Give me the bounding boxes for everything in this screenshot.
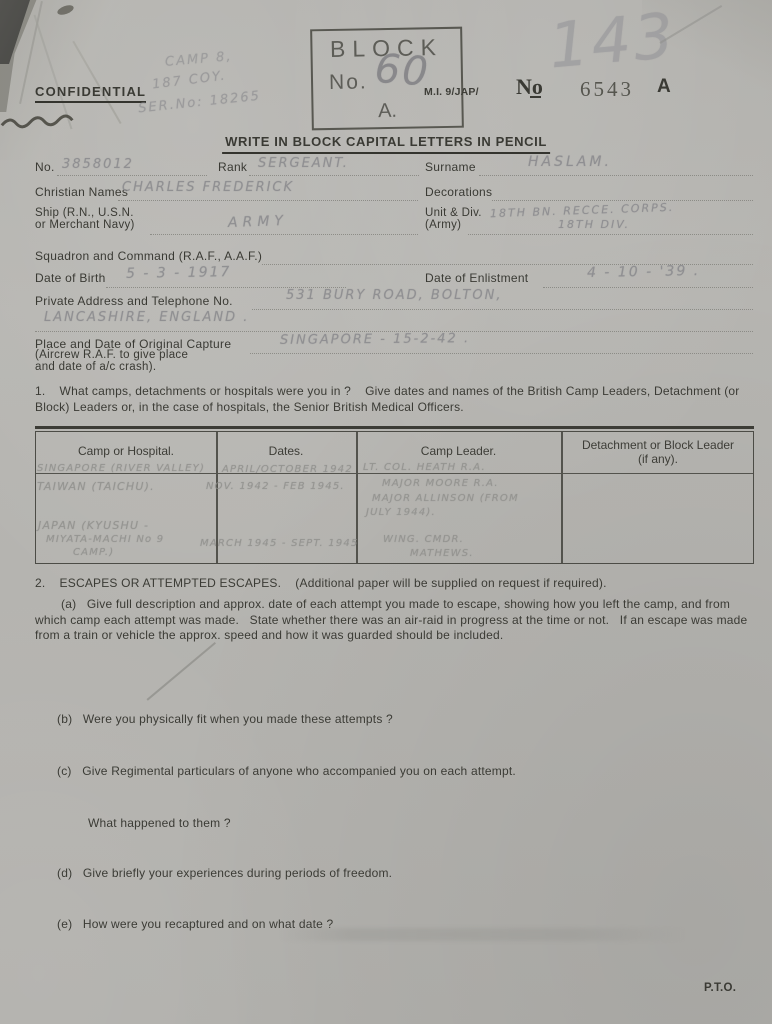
question-2b-text: (b) Were you physically fit when you mad… [57, 712, 757, 728]
ref-number: 6543 [580, 77, 634, 102]
dates-entry-2: NOV. 1942 - FEB 1945. [206, 481, 345, 492]
question-2e-text: (e) How were you recaptured and on what … [57, 917, 757, 933]
paper-fold-highlight [0, 0, 150, 160]
question-2c-followup-text: What happened to them ? [88, 816, 738, 832]
rank-value: SERGEANT. [258, 156, 349, 171]
rank-label: Rank [218, 160, 247, 174]
ship-value: ARMY [228, 213, 288, 231]
christian-names-label: Christian Names [35, 185, 128, 199]
capture-line [250, 352, 753, 354]
service-no-line [57, 174, 207, 176]
camp-entry-1: SINGAPORE (RIVER VALLEY) [37, 463, 205, 474]
decorations-line [492, 199, 753, 201]
question-2c-text: (c) Give Regimental particulars of anyon… [57, 764, 757, 780]
ship-label-line1: Ship (R.N., U.S.N. [35, 207, 134, 219]
paper-crease-line-3 [72, 41, 121, 124]
decorations-label: Decorations [425, 185, 492, 199]
ink-blob [56, 3, 75, 16]
table-header-detachment: Detachment or Block Leader (if any). [561, 438, 755, 466]
question-1-text: 1. What camps, detachments or hospitals … [35, 384, 759, 415]
stray-pencil-stroke [147, 642, 216, 700]
table-top-rule [35, 426, 754, 429]
ref-letter: A [657, 76, 671, 98]
camp-entry-3: JAPAN (KYUSHU - [38, 519, 149, 532]
classification-label: CONFIDENTIAL [35, 84, 146, 103]
stamp-letter: A. [313, 99, 461, 125]
leader-entry-4: JULY 1944). [366, 507, 436, 518]
address-line1 [252, 308, 753, 310]
question-2-heading: 2. ESCAPES OR ATTEMPTED ESCAPES. (Additi… [35, 576, 759, 592]
dates-entry-1: APRIL/OCTOBER 1942 [222, 464, 353, 475]
dates-entry-3: MARCH 1945 - SEPT. 1945 [200, 538, 359, 549]
scanned-pow-questionnaire-page: CONFIDENTIAL CAMP 8, 187 COY. SER.No: 18… [0, 0, 772, 1024]
table-header-dates: Dates. [216, 444, 356, 458]
capture-label-line3: and date of a/c crash). [35, 361, 156, 373]
leader-entry-1: LT. COL. HEATH R.A. [363, 462, 486, 473]
capture-value: SINGAPORE - 15-2-42 . [280, 331, 470, 348]
table-header-camp: Camp or Hospital. [36, 444, 216, 458]
table-header-leader: Camp Leader. [356, 444, 561, 458]
paper-crease-line-2 [34, 15, 73, 130]
unit-value-line2: 18TH DIV. [558, 218, 630, 231]
torn-corner-dark-sliver [0, 0, 30, 64]
rank-line [249, 174, 419, 176]
unit-label-line2: (Army) [425, 219, 461, 231]
stamp-no-label: No. [329, 70, 368, 95]
date-of-enlistment-line [543, 286, 753, 288]
camp-entry-2: TAIWAN (TAICHU). [37, 480, 155, 493]
address-label: Private Address and Telephone No. [35, 294, 233, 308]
pto-label: P.T.O. [704, 982, 736, 994]
pencil-sheet-number: 143 [546, 0, 679, 82]
question-2a-text: (a) Give full description and approx. da… [35, 597, 761, 644]
ship-label-line2: or Merchant Navy) [35, 219, 135, 231]
block-number-stamp: BLOCK No. 60 A. [310, 27, 464, 131]
service-no-label: No. [35, 160, 55, 174]
surname-line [479, 174, 753, 176]
instruction-banner: WRITE IN BLOCK CAPITAL LETTERS IN PENCIL [222, 134, 550, 154]
squadron-label: Squadron and Command (R.A.F., A.A.F.) [35, 249, 262, 263]
stamp-no-value-handwritten: 60 [373, 46, 431, 96]
leader-entry-3: MAJOR ALLINSON (FROM [372, 493, 519, 504]
capture-label-line2: (Aircrew R.A.F. to give place [35, 349, 188, 361]
ship-line [150, 233, 418, 235]
leader-entry-5: WING. CMDR. [383, 534, 464, 545]
service-no-value: 3858012 [62, 157, 134, 172]
pen-scribble [0, 107, 81, 141]
christian-names-line [118, 199, 418, 201]
question-2d-text: (d) Give briefly your experiences during… [57, 866, 757, 882]
pencil-coy-note: 187 COY. [151, 69, 227, 93]
christian-names-value: CHARLES FREDERICK [122, 180, 294, 195]
unit-line [468, 233, 753, 235]
date-of-birth-label: Date of Birth [35, 271, 106, 285]
camp-entry-5: CAMP.) [73, 547, 114, 558]
pencil-serial-note: SER.No: 18265 [138, 89, 262, 117]
address-value-line1: 531 BURY ROAD, BOLTON, [286, 288, 502, 303]
date-of-birth-value: 5 - 3 - 1917 [126, 264, 232, 282]
ref-department: M.I. 9/JAP/ [424, 86, 479, 98]
camp-entry-4: MIYATA-MACHI No 9 [46, 534, 164, 545]
ref-no-underline [530, 96, 541, 98]
address-value-line2: LANCASHIRE, ENGLAND . [44, 310, 249, 325]
date-of-enlistment-label: Date of Enlistment [425, 271, 528, 285]
leader-entry-2: MAJOR MOORE R.A. [382, 478, 499, 489]
date-of-enlistment-value: 4 - 10 - '39 . [587, 263, 700, 281]
unit-label-line1: Unit & Div. [425, 207, 482, 219]
surname-label: Surname [425, 160, 476, 174]
leader-entry-6: MATHEWS. [410, 548, 474, 559]
pencil-camp-note: CAMP 8, [164, 49, 233, 70]
surname-value: HASLAM. [528, 154, 612, 170]
